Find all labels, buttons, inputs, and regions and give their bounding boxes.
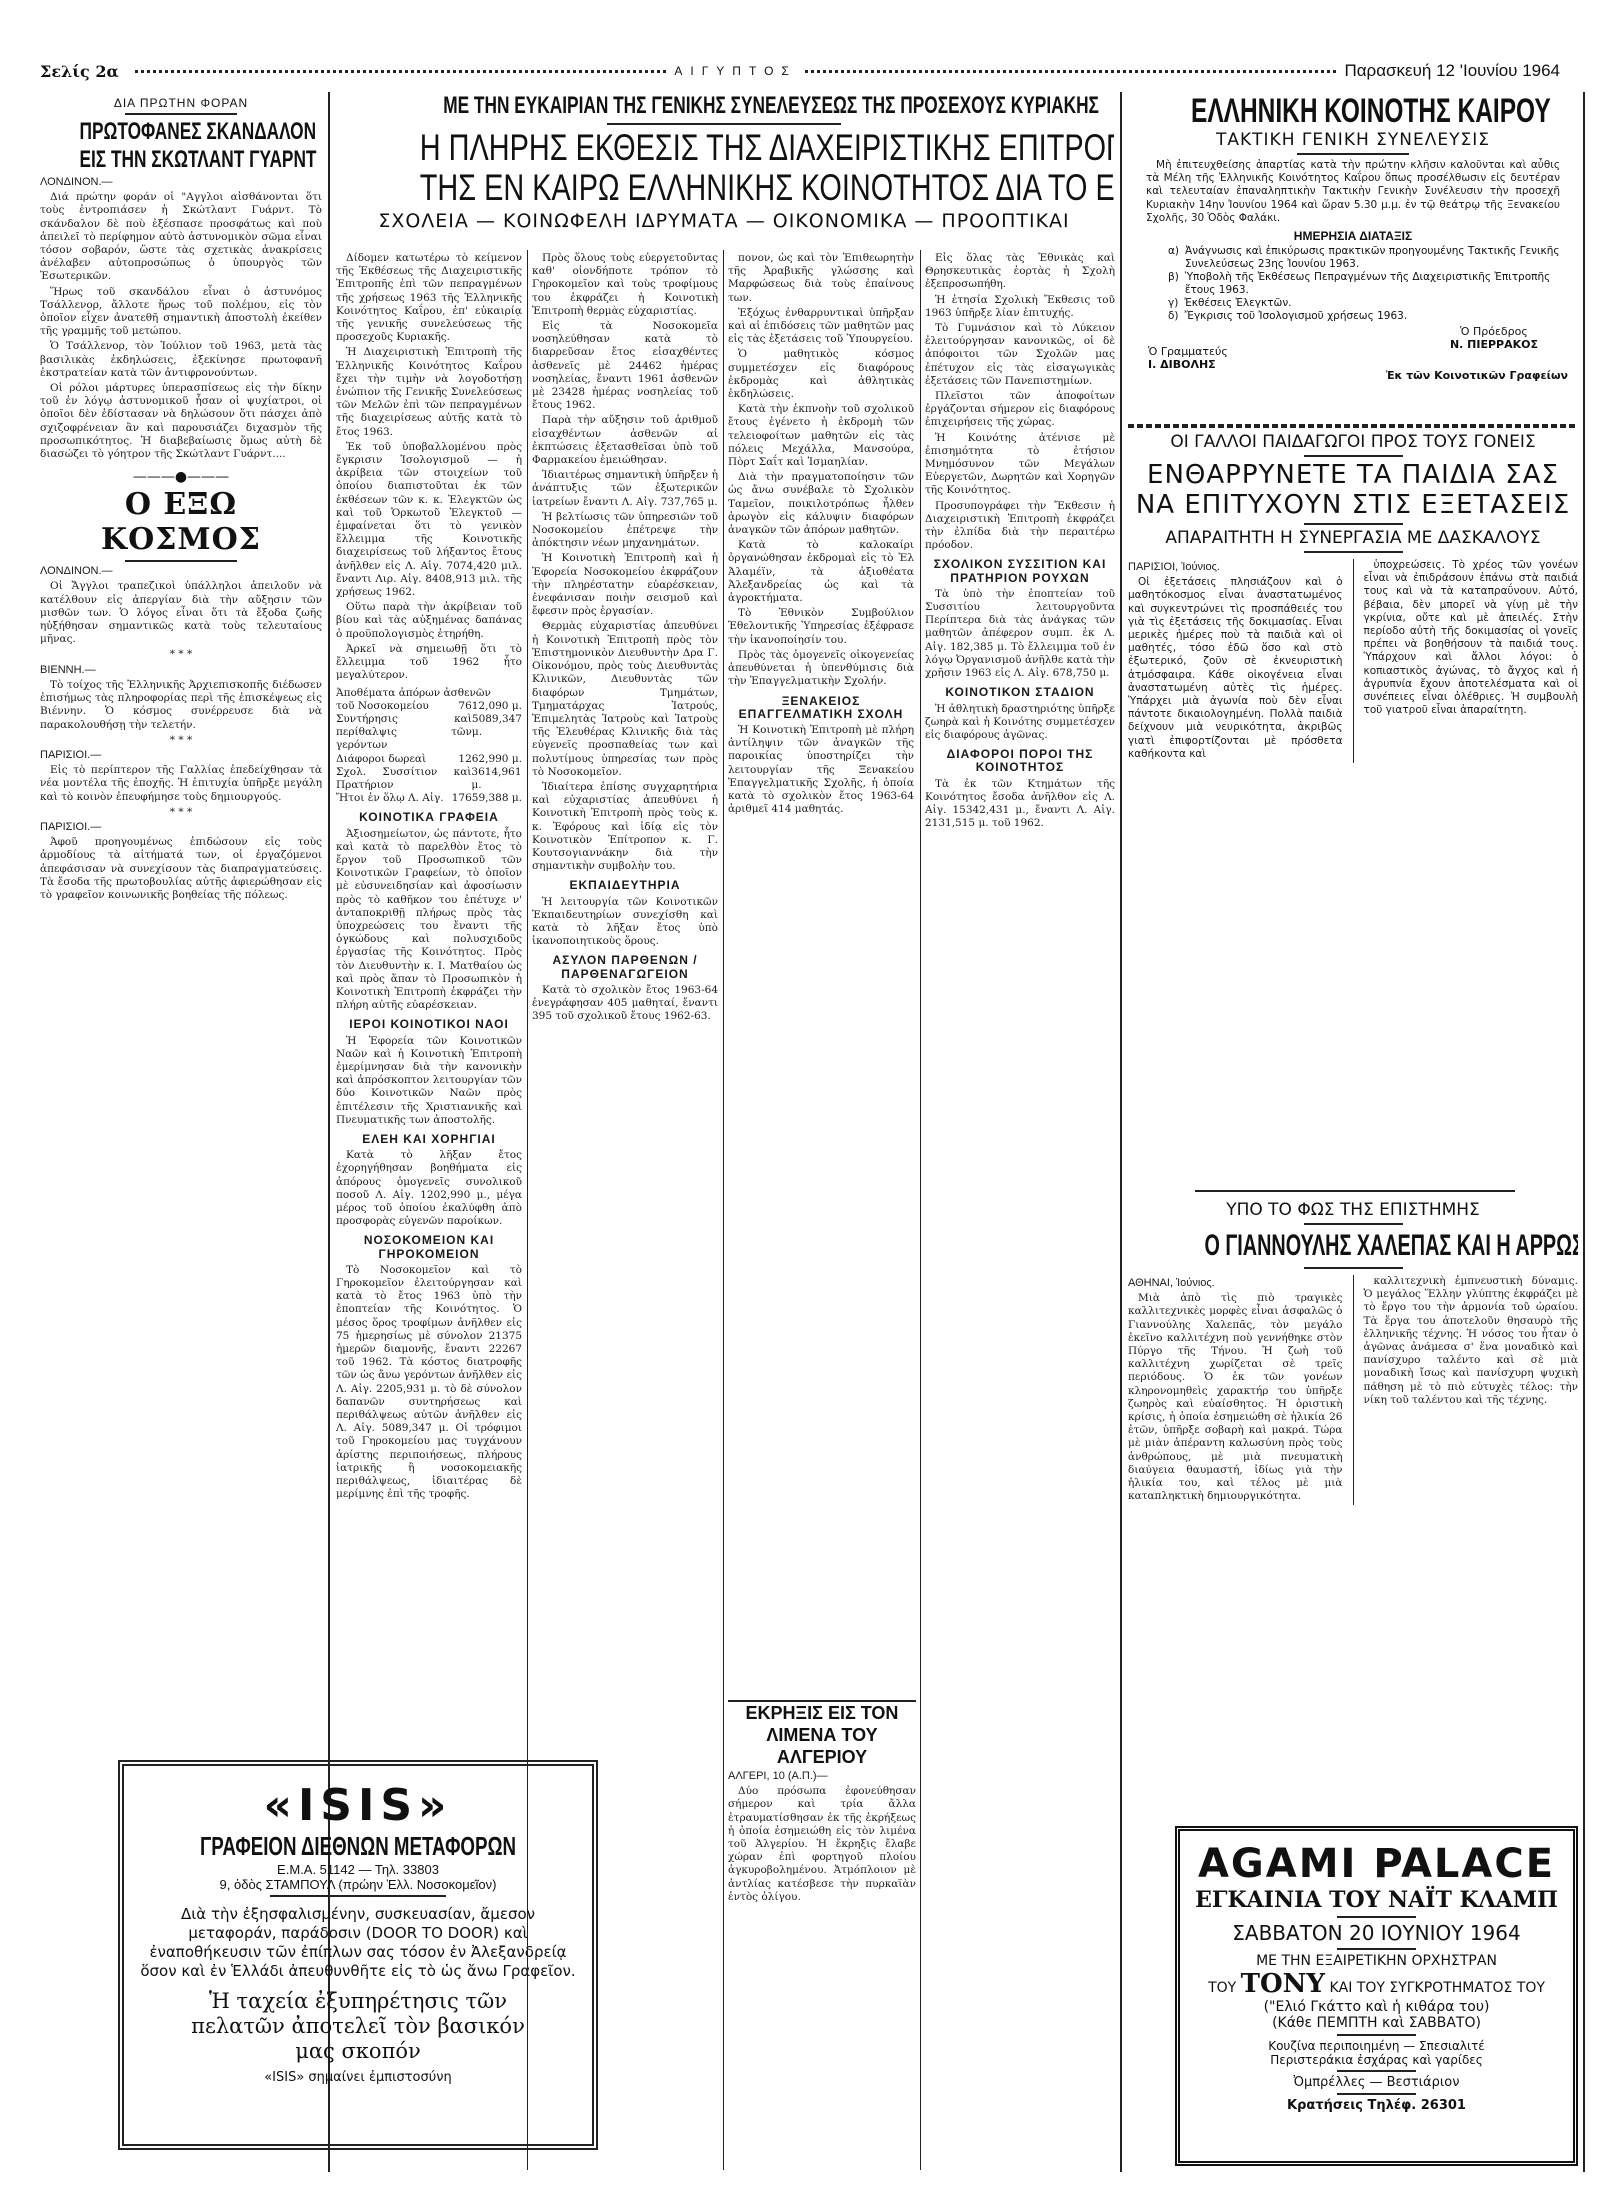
paragraph: Διὰ τὴν πραγματοποίησιν τῶν ὡς ἄνω συνέβ… bbox=[728, 471, 914, 537]
subsection-title: ΣΧΟΛΙΚΟΝ ΣΥΣΣΙΤΙΟΝ ΚΑΙ ΠΡΑΤΗΡΙΟΝ ΡΟΥΧΩΝ bbox=[925, 558, 1115, 584]
subsection-title: ΞΕΝΑΚΕΙΟΣ ΕΠΑΓΓΕΛΜΑΤΙΚΗ ΣΧΟΛΗ bbox=[728, 695, 914, 721]
column-divider bbox=[920, 250, 921, 2170]
paragraph: Οἱ ἐξετάσεις πλησιάζουν καὶ ὁ μαθητόκοσμ… bbox=[1128, 576, 1343, 761]
main-column-3: πονον, ὡς καὶ τὸν Ἐπιθεωρητὴν τῆς Ἀραβικ… bbox=[728, 252, 914, 1692]
paragraph: Εἰς ὅλας τὰς Ἐθνικὰς καὶ Θρησκευτικὰς ἑο… bbox=[925, 252, 1115, 292]
rule bbox=[270, 1895, 446, 1897]
office-signature: Ἐκ τῶν Κοινοτικῶν Γραφείων bbox=[1386, 369, 1568, 382]
agenda-marker: δ) bbox=[1168, 310, 1179, 323]
row-value: 3614,961 μ. bbox=[471, 766, 522, 792]
paragraph: Ἀρκεῖ νὰ σημειωθῇ ὅτι τὸ ἔλλειμμα τοῦ 19… bbox=[336, 643, 522, 683]
table-row: τοῦ Νοσοκομείου7612,090 μ. bbox=[336, 700, 522, 713]
paragraph: Οἱ Ἄγγλοι τραπεζικοὶ ὑπάλληλοι ἀπειλοῦν … bbox=[40, 580, 322, 646]
dateline: ΒΙΕΝΝΗ.— bbox=[40, 664, 322, 677]
subsection-title: ΙΕΡΟΙ ΚΟΙΝΟΤΙΚΟΙ ΝΑΟΙ bbox=[336, 1018, 522, 1031]
row-label: τοῦ Νοσοκομείου bbox=[336, 700, 429, 713]
ad-line: Ὀμπρέλλες — Βεστιάριον bbox=[1180, 2075, 1573, 2090]
ad-line: ("Ελιό Γκάττο καὶ ἡ κιθάρα του) bbox=[1180, 1999, 1573, 2015]
ad-subtitle: ΓΡΑΦΕΙΟΝ ΔΙΕΘΝΩΝ ΜΕΤΑΦΟΡΩΝ bbox=[200, 1831, 517, 1862]
notice-title: ΕΛΛΗΝΙΚΗ ΚΟΙΝΟΤΗΣ ΚΑΙΡΟΥ bbox=[1191, 92, 1515, 130]
paragraph: Πρὸς ὅλους τοὺς εὐεργετοῦντας καθ' οἱονδ… bbox=[532, 252, 718, 318]
paragraph: Κατὰ τὴν ἐκπνοὴν τοῦ σχολικοῦ ἔτους ἐγέν… bbox=[728, 403, 914, 469]
dateline: ΠΑΡΙΣΙΟΙ.— bbox=[40, 749, 322, 762]
article-kicker: ΟΙ ΓΑΛΛΟΙ ΠΑΙΔΑΓΩΓΟΙ ΠΡΟΣ ΤΟΥΣ ΓΟΝΕΙΣ bbox=[1128, 432, 1578, 452]
rule bbox=[1337, 2034, 1416, 2036]
subsection-title: ΕΚΠΑΙΔΕΥΤΗΡΙΑ bbox=[532, 879, 718, 892]
subsection-title: ΝΟΣΟΚΟΜΕΙΟΝ ΚΑΙ ΓΗΡΟΚΟΜΕΙΟΝ bbox=[336, 1234, 522, 1260]
separator-stars: * * * bbox=[40, 648, 322, 661]
paragraph: Μὴ ἐπιτευχθείσης ἀπαρτίας κατὰ τὴν πρώτη… bbox=[1146, 159, 1560, 225]
main-column-2: Πρὸς ὅλους τοὺς εὐεργετοῦντας καθ' οἱονδ… bbox=[532, 252, 718, 2162]
ad-brand: «ISIS» bbox=[138, 1780, 578, 1831]
article-column: καλλιτεχνικὴ ἐμπνευστικὴ δύναμις. Ὁ μεγά… bbox=[1364, 1275, 1579, 1505]
main-story-header: ΜΕ ΤΗΝ ΕΥΚΑΙΡΙΑΝ ΤΗΣ ΓΕΝΙΚΗΣ ΣΥΝΕΛΕΥΣΕΩΣ… bbox=[334, 92, 1114, 242]
rule bbox=[1297, 153, 1410, 155]
ad-tagline: Ἡ ταχεία ἐξυπηρέτησις τῶν πελατῶν ἀποτελ… bbox=[178, 1989, 538, 2064]
column-divider bbox=[1583, 92, 1585, 2172]
paragraph: Ἡ Ἐφορεία τῶν Κοινοτικῶν Ναῶν καὶ ἡ Κοιν… bbox=[336, 1035, 522, 1127]
ad-footer: «ISIS» σημαίνει ἐμπιστοσύνη bbox=[138, 2070, 578, 2085]
rule bbox=[1337, 1916, 1416, 1918]
box-headline: ΕΚΡΗΞΙΣ ΕΙΣ ΤΟΝ ΛΙΜΕΝΑ ΤΟΥ ΑΛΓΕΡΙΟΥ bbox=[728, 1702, 916, 1768]
article-headline: ΕΙΣ ΤΗΝ ΣΚΩΤΛΑΝΤ ΓΥΑΡΝΤ bbox=[79, 146, 282, 174]
main-column-1: Δίδομεν κατωτέρω τὸ κείμενον τῆς Ἐκθέσεω… bbox=[336, 252, 522, 1742]
article-kicker: ΔΙΑ ΠΡΩΤΗΝ ΦΟΡΑΝ bbox=[40, 96, 322, 110]
ad-line: ΤΟΥ TONY ΚΑΙ ΤΟΥ ΣΥΓΚΡΟΤΗΜΑΤΟΣ ΤΟΥ bbox=[1180, 1969, 1573, 1999]
dateline: ΠΑΡΙΣΙΟΙ, Ἰούνιος. bbox=[1128, 561, 1343, 574]
ad-phone: Κρατήσεις Τηλέφ. 26301 bbox=[1180, 2098, 1573, 2113]
masthead: Σελίς 2α ΑΙΓΥΠΤΟΣ Παρασκευή 12 'Ιουνίου … bbox=[40, 58, 1560, 84]
science-article: ΥΠΟ ΤΟ ΦΩΣ ΤΗΣ ΕΠΙΣΤΗΜΗΣ Ο ΓΙΑΝΝΟΥΛΗΣ ΧΑ… bbox=[1128, 1200, 1578, 1760]
paragraph: Ἥρως τοῦ σκανδάλου εἶναι ὁ ἀστυνόμος Τσά… bbox=[40, 286, 322, 339]
rule bbox=[125, 560, 238, 562]
paragraph: Ἡ βελτίωσις τῶν ὑπηρεσιῶν τοῦ Νοσοκομείο… bbox=[532, 511, 718, 551]
column-divider bbox=[527, 250, 528, 2170]
isis-advertisement: «ISIS» ΓΡΑΦΕΙΟΝ ΔΙΕΘΝΩΝ ΜΕΤΑΦΟΡΩΝ Ε.Μ.Α.… bbox=[118, 1760, 598, 2150]
paragraph: πονον, ὡς καὶ τὸν Ἐπιθεωρητὴν τῆς Ἀραβικ… bbox=[728, 252, 914, 305]
dotted-rule bbox=[135, 70, 667, 73]
rule bbox=[1304, 1223, 1403, 1225]
paragraph: Τὰ ὑπὸ τὴν ἐποπτείαν τοῦ Συσσιτίου λειτο… bbox=[925, 588, 1115, 680]
article-headline: ΝΑ ΕΠΙΤΥΧΟΥΝ ΣΤΙΣ ΕΞΕΤΑΣΕΙΣ bbox=[1128, 490, 1578, 520]
table-row: Ἀποθέματα ἀπόρων ἀσθενῶν bbox=[336, 687, 522, 700]
row-label: Συντήρησις καὶ περίθαλψις τῶν γερόντων bbox=[336, 713, 472, 753]
dateline: ΛΟΝΔΙΝΟΝ.— bbox=[40, 565, 322, 578]
paragraph: Ἀφοῦ προηγουμένως ἐπιδώσουν εἰς τοὺς ἀρμ… bbox=[40, 836, 322, 902]
notice-intro: Μὴ ἐπιτευχθείσης ἀπαρτίας κατὰ τὴν πρώτη… bbox=[1146, 159, 1560, 225]
article-headline: ΕΝΘΑΡΡΥΝΕΤΕ ΤΑ ΠΑΙΔΙΑ ΣΑΣ bbox=[1128, 460, 1578, 490]
table-row: Συντήρησις καὶ περίθαλψις τῶν γερόντων50… bbox=[336, 713, 522, 753]
ornament-divider: ———●——— bbox=[40, 469, 322, 485]
paragraph: Τὰ ἐκ τῶν Κτημάτων τῆς Κοινότητος ἔσοδα … bbox=[925, 778, 1115, 831]
paragraph: Εἰς τὸ περίπτερον τῆς Γαλλίας ἐπεδείχθησ… bbox=[40, 764, 322, 804]
paragraph: Οὕτω παρὰ τὴν ἀκρίβειαν τοῦ βίου καὶ τὰς… bbox=[336, 601, 522, 641]
ad-line: Περιστεράκια ἐσχάρας καὶ γαρίδες bbox=[1180, 2053, 1573, 2067]
dateline: ΑΛΓΕΡΙ, 10 (Α.Π.)— bbox=[728, 1770, 916, 1783]
paragraph: Ἡ Κοινότης ἀτένισε μὲ ἐπισημότητα τὸ ἐτή… bbox=[925, 432, 1115, 498]
dateline: ΠΑΡΙΣΙΟΙ.— bbox=[40, 821, 322, 834]
ad-body: Διὰ τὴν ἐξησφαλισμένην, συσκευασίαν, ἄμε… bbox=[138, 1905, 578, 1981]
paragraph: Ὁ μαθητικὸς κόσμος συμμετέσχεν εἰς διαφό… bbox=[728, 348, 914, 401]
ad-brand: AGAMI PALACE bbox=[1180, 1841, 1573, 1887]
subsection-title: ΕΛΕΗ ΚΑΙ ΧΟΡΗΓΙΑΙ bbox=[336, 1133, 522, 1146]
article-subhead: ΑΠΑΡΑΙΤΗΤΗ Η ΣΥΝΕΡΓΑΣΙΑ ΜΕ ΔΑΣΚΑΛΟΥΣ bbox=[1128, 528, 1578, 548]
column-divider bbox=[723, 250, 724, 2170]
paragraph: Ἡ Κοινοτικὴ Ἐπιτροπὴ καὶ ἡ Ἐφορεία Νοσοκ… bbox=[532, 552, 718, 618]
paper-name: ΑΙΓΥΠΤΟΣ bbox=[674, 64, 796, 78]
section-title: Ο ΕΞΩ ΚΟΣΜΟΣ bbox=[40, 487, 322, 557]
table-row: Ἤτοι ἐν ὅλῳ Λ. Αἰγ.17659,388 μ. bbox=[336, 792, 522, 805]
row-label: Ἤτοι ἐν ὅλῳ Λ. Αἰγ. bbox=[336, 792, 444, 805]
article-headline: ΠΡΩΤΟΦΑΝΕΣ ΣΚΑΝΔΑΛΟΝ bbox=[79, 118, 282, 146]
article-column: ὑποχρεώσεις. Τὸ χρέος τῶν γονέων εἶναι ν… bbox=[1364, 559, 1579, 763]
news-box-algiers: ΕΚΡΗΞΙΣ ΕΙΣ ΤΟΝ ΛΙΜΕΝΑ ΤΟΥ ΑΛΓΕΡΙΟΥ ΑΛΓΕ… bbox=[728, 1700, 916, 1906]
agenda-text: Ὑποβολὴ τῆς Ἐκθέσεως Πεπραγμένων τῆς Δια… bbox=[1185, 271, 1560, 297]
secretary-name: Ι. ΔΙΒΟΛΗΣ bbox=[1148, 358, 1228, 371]
agenda-text: Ἐκθέσεις Ἐλεγκτῶν. bbox=[1184, 297, 1291, 310]
ad-line: ΕΓΚΑΙΝΙΑ ΤΟΥ ΝΑΪΤ ΚΛΑΜΠ bbox=[1180, 1887, 1573, 1913]
row-value: 7612,090 μ. bbox=[458, 700, 522, 713]
issue-date: Παρασκευή 12 'Ιουνίου 1964 bbox=[1344, 61, 1560, 81]
section-body: ΛΟΝΔΙΝΟΝ.— Οἱ Ἄγγλοι τραπεζικοὶ ὑπάλληλο… bbox=[40, 565, 322, 902]
rule bbox=[1304, 523, 1403, 525]
subsection-title: ΚΟΙΝΟΤΙΚΑ ΓΡΑΦΕΙΑ bbox=[336, 811, 522, 824]
article-headline: Ο ΓΙΑΝΝΟΥΛΗΣ ΧΑΛΕΠΑΣ ΚΑΙ Η ΑΡΡΩΣΤΕΙΑ ΤΟΥ bbox=[1205, 1228, 1502, 1264]
financial-table: Ἀποθέματα ἀπόρων ἀσθενῶντοῦ Νοσοκομείου7… bbox=[336, 687, 522, 806]
paragraph: Εἰς τὰ Νοσοκομεῖα νοσηλεύθησαν κατὰ τὸ δ… bbox=[532, 320, 718, 412]
paragraph: Ἰδιαίτερα ἐπίσης συγχαρητήρια καὶ εὐχαρι… bbox=[532, 781, 718, 873]
table-row: Σχολ. Συσσίτιον καὶ Πρατήριον3614,961 μ. bbox=[336, 766, 522, 792]
ad-line: Κουζίνα περιποιημένη — Σπεσιαλιτέ bbox=[1180, 2039, 1573, 2053]
agenda-text: Ἔγκρισις τοῦ Ἰσολογισμοῦ χρήσεως 1963. bbox=[1185, 310, 1408, 323]
paragraph: Διά πρώτην φοράν οἱ "Αγγλοι αἰσθάνονται … bbox=[40, 191, 322, 283]
ad-line: (Κάθε ΠΕΜΠΤΗ καὶ ΣΑΒΒΑΤΟ) bbox=[1180, 2015, 1573, 2031]
paragraph: Μιὰ ἀπὸ τὶς πιὸ τραγικὲς καλλιτεχνικὲς μ… bbox=[1128, 1292, 1343, 1503]
main-column-4: Εἰς ὅλας τὰς Ἐθνικὰς καὶ Θρησκευτικὰς ἑο… bbox=[925, 252, 1115, 2162]
paragraph: Ἡ Κοινοτικὴ Ἐπιτροπὴ μὲ πλήρη ἀντίληψιν … bbox=[728, 724, 914, 816]
paragraph: Οἱ ρόλοι μάρτυρες ὑπερασπίσεως εἰς τὴν δ… bbox=[40, 382, 322, 461]
notice-subtitle: ΤΑΚΤΙΚΗ ΓΕΝΙΚΗ ΣΥΝΕΛΕΥΣΙΣ bbox=[1128, 130, 1578, 150]
main-kicker: ΜΕ ΤΗΝ ΕΥΚΑΙΡΙΑΝ ΤΗΣ ΓΕΝΙΚΗΣ ΣΥΝΕΛΕΥΣΕΩΣ… bbox=[443, 92, 1005, 120]
dotted-rule bbox=[805, 70, 1337, 73]
paragraph: Θερμὰς εὐχαριστίας ἀπευθύνει ἡ Κοινοτικὴ… bbox=[532, 620, 718, 778]
rule bbox=[1304, 551, 1403, 553]
row-value: 5089,347 μ. bbox=[472, 713, 522, 753]
community-notice: ΕΛΛΗΝΙΚΗ ΚΟΙΝΟΤΗΣ ΚΑΙΡΟΥ ΤΑΚΤΙΚΗ ΓΕΝΙΚΗ … bbox=[1128, 92, 1578, 422]
paragraph: Τὸ Γυμνάσιον καὶ τὸ Λύκειον ἐλειτούργησα… bbox=[925, 322, 1115, 388]
main-subhead: ΣΧΟΛΕΙΑ — ΚΟΙΝΩΦΕΛΗ ΙΔΡΥΜΑΤΑ — ΟΙΚΟΝΟΜΙΚ… bbox=[334, 210, 1114, 232]
paragraph: Ἡ Διαχειριστικὴ Ἐπιτροπὴ τῆς Ἑλληνικῆς Κ… bbox=[336, 346, 522, 438]
paragraph: Ἡ ἐτησία Σχολικὴ Ἔκθεσις τοῦ 1963 ὑπῆρξε… bbox=[925, 294, 1115, 320]
agenda-list: α)Ἀνάγνωσις καὶ ἐπικύρωσις πρακτικῶν προ… bbox=[1168, 245, 1560, 323]
main-headline: Η ΠΛΗΡΗΣ ΕΚΘΕΣΙΣ ΤΗΣ ΔΙΑΧΕΙΡΙΣΤΙΚΗΣ ΕΠΙΤ… bbox=[420, 128, 1028, 168]
agenda-item: δ)Ἔγκρισις τοῦ Ἰσολογισμοῦ χρήσεως 1963. bbox=[1168, 310, 1560, 323]
ad-address: 9, ὁδὸς ΣΤΑΜΠΟΥΛ (πρώην Ἑλλ. Νοσοκομεῖον… bbox=[138, 1877, 578, 1892]
rule bbox=[1195, 1190, 1515, 1192]
subsection-title: ΔΙΑΦΟΡΟΙ ΠΟΡΟΙ ΤΗΣ ΚΟΙΝΟΤΗΤΟΣ bbox=[925, 748, 1115, 774]
ad-registration: Ε.Μ.Α. 51142 — Τηλ. 33803 bbox=[138, 1862, 578, 1877]
separator-stars: * * * bbox=[40, 806, 322, 819]
agenda-item: β)Ὑποβολὴ τῆς Ἐκθέσεως Πεπραγμένων τῆς Δ… bbox=[1168, 271, 1560, 297]
subsection-title: ΑΣΥΛΟΝ ΠΑΡΘΕΝΩΝ / ΠΑΡΘΕΝΑΓΩΓΕΙΟΝ bbox=[532, 954, 718, 980]
paragraph: Κατὰ τὸ σχολικὸν ἔτος 1963-64 ἐνεγράφησα… bbox=[532, 984, 718, 1024]
paragraph: Πλεῖστοι τῶν ἀποφοίτων ἐργάζονται σήμερο… bbox=[925, 390, 1115, 430]
row-value: 17659,388 μ. bbox=[452, 792, 522, 805]
paragraph: Τὸ τοίχος τῆς Ἐλληνικῆς Ἀρχιεπισκοπῆς δι… bbox=[40, 679, 322, 732]
agenda-item: γ)Ἐκθέσεις Ἐλεγκτῶν. bbox=[1168, 297, 1560, 310]
decorative-rule bbox=[1128, 424, 1578, 428]
agenda-text: Ἀνάγνωσις καὶ ἐπικύρωσις πρακτικῶν προηγ… bbox=[1185, 245, 1560, 271]
rule bbox=[1304, 455, 1403, 457]
paragraph: Προσυπογράφει τὴν Ἔκθεσιν ἡ Διαχειριστικ… bbox=[925, 500, 1115, 553]
article-kicker: ΥΠΟ ΤΟ ΦΩΣ ΤΗΣ ΕΠΙΣΤΗΜΗΣ bbox=[1128, 1200, 1578, 1220]
main-headline: ΤΗΣ ΕΝ ΚΑΙΡΩ ΕΛΛΗΝΙΚΗΣ ΚΟΙΝΟΤΗΤΟΣ ΔΙΑ ΤΟ… bbox=[420, 168, 1028, 208]
paragraph: Δίδομεν κατωτέρω τὸ κείμενον τῆς Ἐκθέσεω… bbox=[336, 252, 522, 344]
agenda-marker: γ) bbox=[1168, 297, 1178, 310]
agenda-item: α)Ἀνάγνωσις καὶ ἐπικύρωσις πρακτικῶν προ… bbox=[1168, 245, 1560, 271]
subsection-title: ΚΟΙΝΟΤΙΚΟΝ ΣΤΑΔΙΟΝ bbox=[925, 686, 1115, 699]
ad-performer: TONY bbox=[1241, 1969, 1325, 1999]
ad-line: ΜΕ ΤΗΝ ΕΞΑΙΡΕΤΙΚΗΝ ΟΡΧΗΣΤΡΑΝ bbox=[1180, 1953, 1573, 1969]
paragraph: ὑποχρεώσεις. Τὸ χρέος τῶν γονέων εἶναι ν… bbox=[1364, 559, 1579, 717]
secretary-label: Ὁ Γραμματεύς bbox=[1148, 345, 1228, 358]
paragraph: Παρὰ τὴν αὔξησιν τοῦ ἀριθμοῦ εἰσαχθέντων… bbox=[532, 414, 718, 467]
agenda-marker: β) bbox=[1168, 271, 1179, 297]
paragraph: καλλιτεχνικὴ ἐμπνευστικὴ δύναμις. Ὁ μεγά… bbox=[1364, 1275, 1579, 1407]
president-name: Ν. ΠΙΕΡΡΑΚΟΣ bbox=[1450, 338, 1538, 351]
agenda-title: ΗΜΕΡΗΣΙΑ ΔΙΑΤΑΞΙΣ bbox=[1128, 229, 1578, 243]
education-article: ΟΙ ΓΑΛΛΟΙ ΠΑΙΔΑΓΩΓΟΙ ΠΡΟΣ ΤΟΥΣ ΓΟΝΕΙΣ ΕΝ… bbox=[1128, 432, 1578, 1132]
row-value: 1262,990 μ. bbox=[458, 753, 522, 766]
rule bbox=[1337, 2093, 1416, 2095]
table-row: Διάφοροι δωρεαὶ1262,990 μ. bbox=[336, 753, 522, 766]
paragraph: Ἡ λειτουργία τῶν Κοινοτικῶν Ἐκπαιδευτηρί… bbox=[532, 896, 718, 949]
rule bbox=[1337, 2070, 1416, 2072]
article-column: ΠΑΡΙΣΙΟΙ, Ἰούνιος. Οἱ ἐξετάσεις πλησιάζο… bbox=[1128, 559, 1343, 763]
paragraph: Τὸ Ἐθνικὸν Συμβούλιον Ἐθελοντικῆς Ὑπηρεσ… bbox=[728, 607, 914, 647]
rule bbox=[125, 113, 238, 115]
paragraph: Κατὰ τὸ καλοκαίρι ὀργανώθησαν ἐκδρομαὶ ε… bbox=[728, 539, 914, 605]
agenda-marker: α) bbox=[1168, 245, 1179, 271]
article-body: ΛΟΝΔΙΝΟΝ.— Διά πρώτην φοράν οἱ "Αγγλοι α… bbox=[40, 176, 322, 461]
row-label: Διάφοροι δωρεαὶ bbox=[336, 753, 426, 766]
paragraph: Δύο πρόσωπα ἐφονεύθησαν σήμερον καὶ τρία… bbox=[728, 1785, 916, 1904]
ad-date: ΣΑΒΒΑΤΟΝ 20 ΙΟΥΝΙΟΥ 1964 bbox=[1180, 1921, 1573, 1945]
row-label: Σχολ. Συσσίτιον καὶ Πρατήριον bbox=[336, 766, 471, 792]
ad-text: ΤΟΥ bbox=[1208, 1980, 1236, 1996]
page-number: Σελίς 2α bbox=[40, 62, 119, 81]
column-divider bbox=[1120, 92, 1122, 2172]
president-label: Ὁ Πρόεδρος bbox=[1450, 325, 1538, 338]
paragraph: Ἐκ τοῦ ὑποβαλλομένου πρὸς ἔγκρισιν Ἰσολο… bbox=[336, 441, 522, 599]
paragraph: Ὁ Τσάλλενορ, τὸν Ἰούλιον τοῦ 1963, μετὰ … bbox=[40, 340, 322, 380]
paragraph: Ἀξιοσημείωτον, ὡς πάντοτε, ἦτο καὶ κατὰ … bbox=[336, 828, 522, 1013]
paragraph: Πρὸς τὰς ὁμογενεῖς οἰκογενείας ἀπευθύνετ… bbox=[728, 649, 914, 689]
paragraph: Κατὰ τὸ λῆξαν ἔτος ἐχορηγήθησαν βοηθήματ… bbox=[336, 1149, 522, 1228]
ad-text: ΚΑΙ ΤΟΥ ΣΥΓΚΡΟΤΗΜΑΤΟΣ ΤΟΥ bbox=[1329, 1980, 1544, 1996]
rule bbox=[1304, 1267, 1403, 1269]
dateline: ΑΘΗΝΑΙ, Ἰούνιος. bbox=[1128, 1277, 1343, 1290]
newspaper-page: Σελίς 2α ΑΙΓΥΠΤΟΣ Παρασκευή 12 'Ιουνίου … bbox=[0, 0, 1600, 2211]
rule bbox=[607, 123, 841, 125]
paragraph: Ἰδιαιτέρως σημαντικὴ ὑπῆρξεν ἡ ἀνάπτυξις… bbox=[532, 469, 718, 509]
paragraph: Ἐξόχως ἐνθαρρυντικαὶ ὑπῆρξαν καὶ αἱ ἐπιδ… bbox=[728, 307, 914, 347]
rule bbox=[1337, 1948, 1416, 1950]
agami-palace-advertisement: AGAMI PALACE ΕΓΚΑΙΝΙΑ ΤΟΥ ΝΑΪΤ ΚΛΑΜΠ ΣΑΒ… bbox=[1175, 1826, 1578, 2166]
row-label: Ἀποθέματα ἀπόρων ἀσθενῶν bbox=[336, 687, 491, 700]
separator-stars: * * * bbox=[40, 734, 322, 747]
paragraph: Ἡ ἀθλητικὴ δραστηριότης ὑπῆρξε ζωηρὰ καὶ… bbox=[925, 703, 1115, 743]
left-column: ΔΙΑ ΠΡΩΤΗΝ ΦΟΡΑΝ ΠΡΩΤΟΦΑΝΕΣ ΣΚΑΝΔΑΛΟΝ ΕΙ… bbox=[40, 92, 322, 1712]
dateline: ΛΟΝΔΙΝΟΝ.— bbox=[40, 176, 322, 189]
article-column: ΑΘΗΝΑΙ, Ἰούνιος. Μιὰ ἀπὸ τὶς πιὸ τραγικὲ… bbox=[1128, 1275, 1343, 1505]
paragraph: Τὸ Νοσοκομεῖον καὶ τὸ Γηροκομεῖον ἐλειτο… bbox=[336, 1264, 522, 1502]
